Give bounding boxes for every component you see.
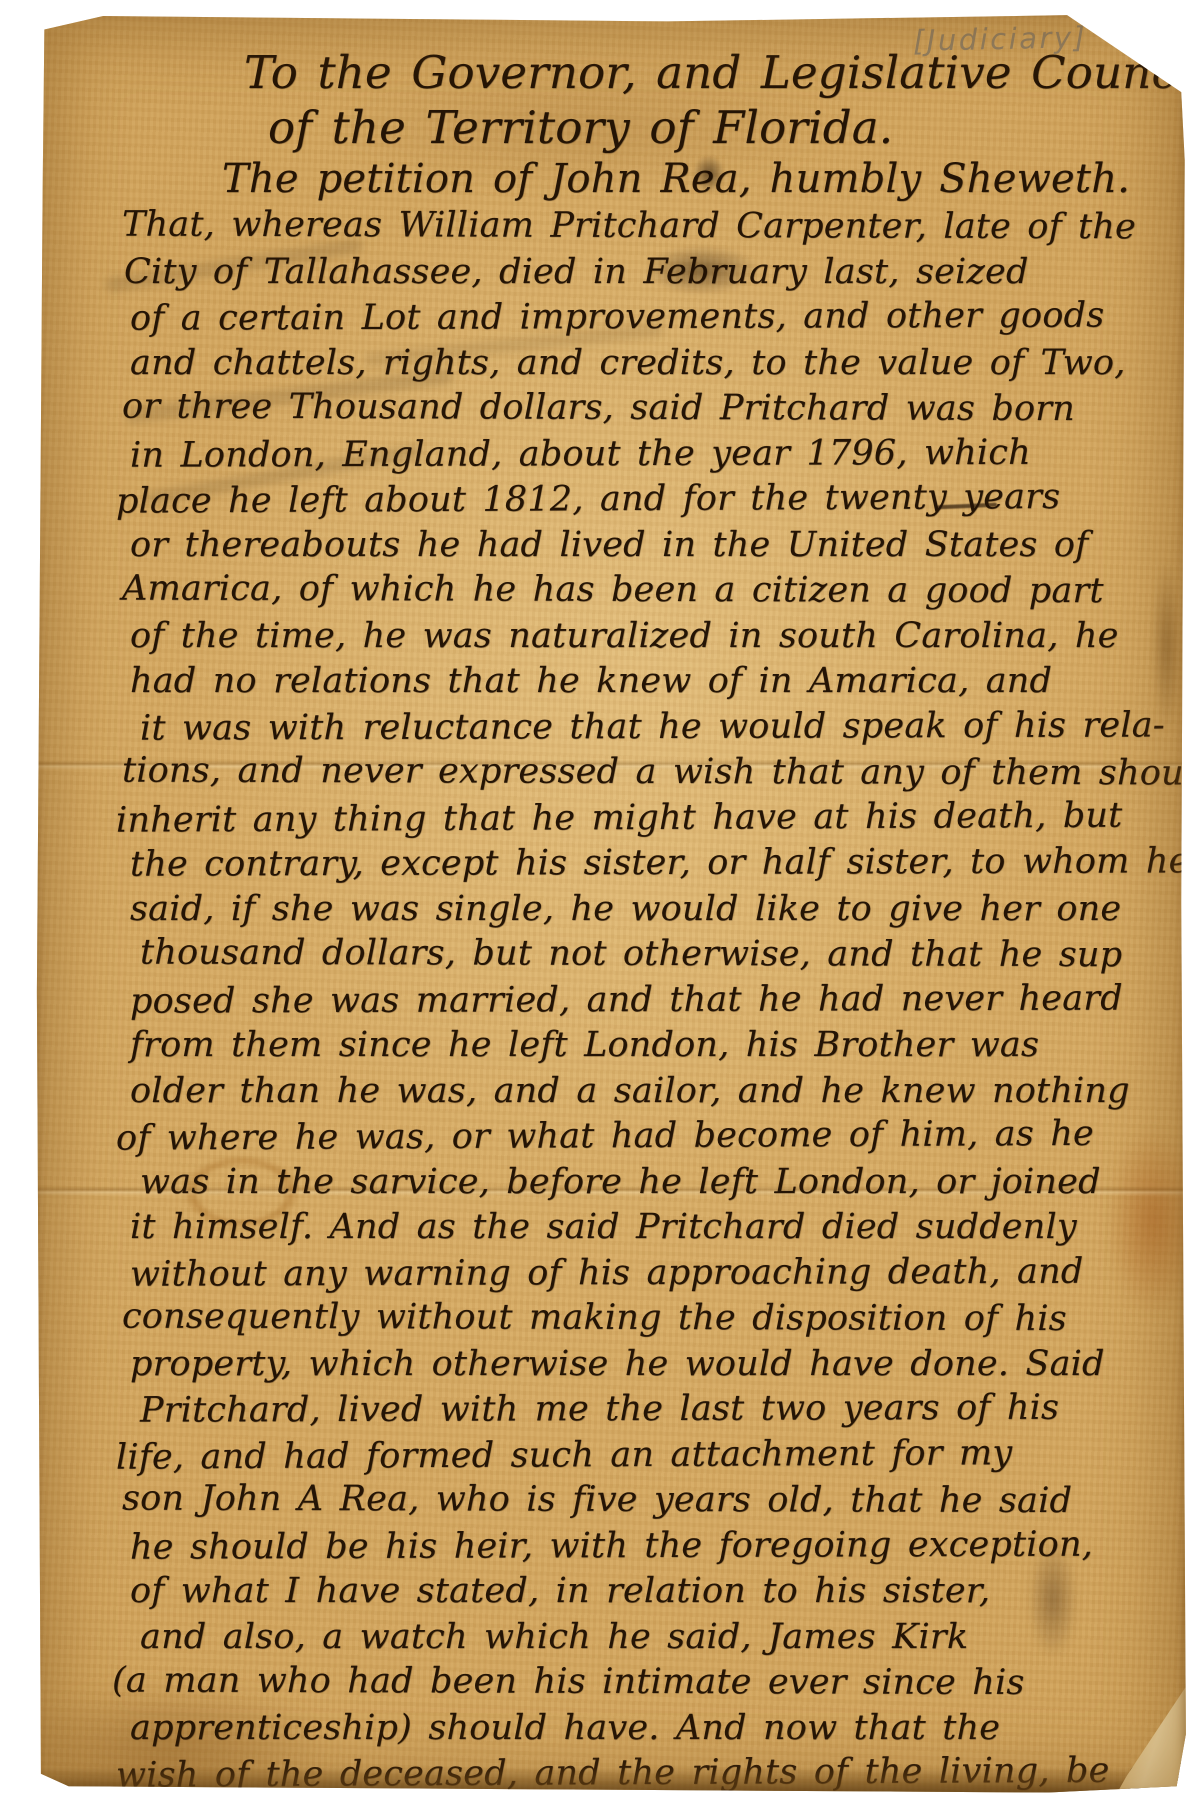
handwritten-line: Pritchard, lived with me the last two ye… bbox=[140, 1385, 1192, 1434]
handwritten-line: of the time, he was naturalized in south… bbox=[130, 614, 1192, 660]
handwritten-line: of what I have stated, in relation to hi… bbox=[130, 1569, 1192, 1615]
handwritten-line: thousand dollars, but not otherwise, and… bbox=[140, 931, 1192, 979]
document-scan: [Judiciary] To the Governor, and Legisla… bbox=[0, 0, 1200, 1803]
handwritten-line: posed she was married, and that he had n… bbox=[130, 976, 1192, 1025]
handwritten-line: he should be his heir, with the foregoin… bbox=[130, 1522, 1192, 1571]
handwritten-text: To the Governor, and Legislative Council… bbox=[96, 44, 1192, 1797]
handwritten-line: it was with reluctance that he would spe… bbox=[140, 703, 1192, 752]
handwritten-line: in London, England, about the year 1796,… bbox=[130, 430, 1192, 479]
handwritten-line: or thereabouts he had lived in the Unite… bbox=[130, 523, 1192, 569]
handwritten-line: said, if she was single, he would like t… bbox=[130, 887, 1192, 933]
handwritten-line: That, whereas William Pritchard Carpente… bbox=[122, 203, 1192, 251]
handwritten-line: consequently without making the disposit… bbox=[122, 1295, 1192, 1343]
handwritten-line: son John A Rea, who is five years old, t… bbox=[122, 1477, 1192, 1525]
handwritten-line: it himself. And as the said Pritchard di… bbox=[130, 1205, 1192, 1251]
handwritten-line: or three Thousand dollars, said Pritchar… bbox=[122, 385, 1192, 433]
handwritten-line: inherit any thing that he might have at … bbox=[116, 793, 1192, 844]
handwritten-line: of a certain Lot and improvements, and o… bbox=[130, 293, 1192, 342]
handwritten-line: the contrary, except his sister, or half… bbox=[130, 839, 1192, 888]
handwritten-line: (a man who had been his intimate ever si… bbox=[112, 1659, 1192, 1707]
heading-line-2: of the Territory of Florida. bbox=[268, 102, 1192, 154]
handwritten-line: property, which otherwise he would have … bbox=[130, 1342, 1192, 1388]
document-body-lines: That, whereas William Pritchard Carpente… bbox=[96, 204, 1192, 1797]
handwritten-line: wish of the deceased, and the rights of … bbox=[116, 1748, 1192, 1799]
handwritten-line: older than he was, and a sailor, and he … bbox=[130, 1069, 1192, 1115]
scan-background: { "scan": { "background_color": "#ffffff… bbox=[0, 0, 1200, 1803]
heading-line-1: To the Governor, and Legislative Council… bbox=[244, 44, 1192, 102]
handwritten-line: City of Tallahassee, died in February la… bbox=[124, 250, 1192, 296]
handwritten-line: and also, a watch which he said, James K… bbox=[140, 1615, 1192, 1661]
handwritten-line: apprenticeship) should have. And now tha… bbox=[130, 1706, 1192, 1752]
handwritten-line: had no relations that he knew of in Amar… bbox=[130, 659, 1192, 705]
handwritten-line: and chattels, rights, and credits, to th… bbox=[130, 341, 1192, 387]
handwritten-line: place he left about 1812, and for the tw… bbox=[116, 474, 1192, 525]
handwritten-line: tions, and never expressed a wish that a… bbox=[122, 749, 1192, 797]
handwritten-line: from them since he left London, his Brot… bbox=[130, 1023, 1192, 1069]
paper-sheet: [Judiciary] To the Governor, and Legisla… bbox=[34, 8, 1187, 1797]
handwritten-line: without any warning of his approaching d… bbox=[130, 1249, 1192, 1298]
handwritten-line: was in the sarvice, before he left Londo… bbox=[140, 1160, 1192, 1206]
handwritten-line: of where he was, or what had become of h… bbox=[116, 1111, 1192, 1162]
salutation-line: The petition of John Rea, humbly Sheweth… bbox=[222, 154, 1192, 204]
handwritten-line: Amarica, of which he has been a citizen … bbox=[122, 567, 1192, 615]
handwritten-line: life, and had formed such an attachment … bbox=[116, 1430, 1192, 1481]
